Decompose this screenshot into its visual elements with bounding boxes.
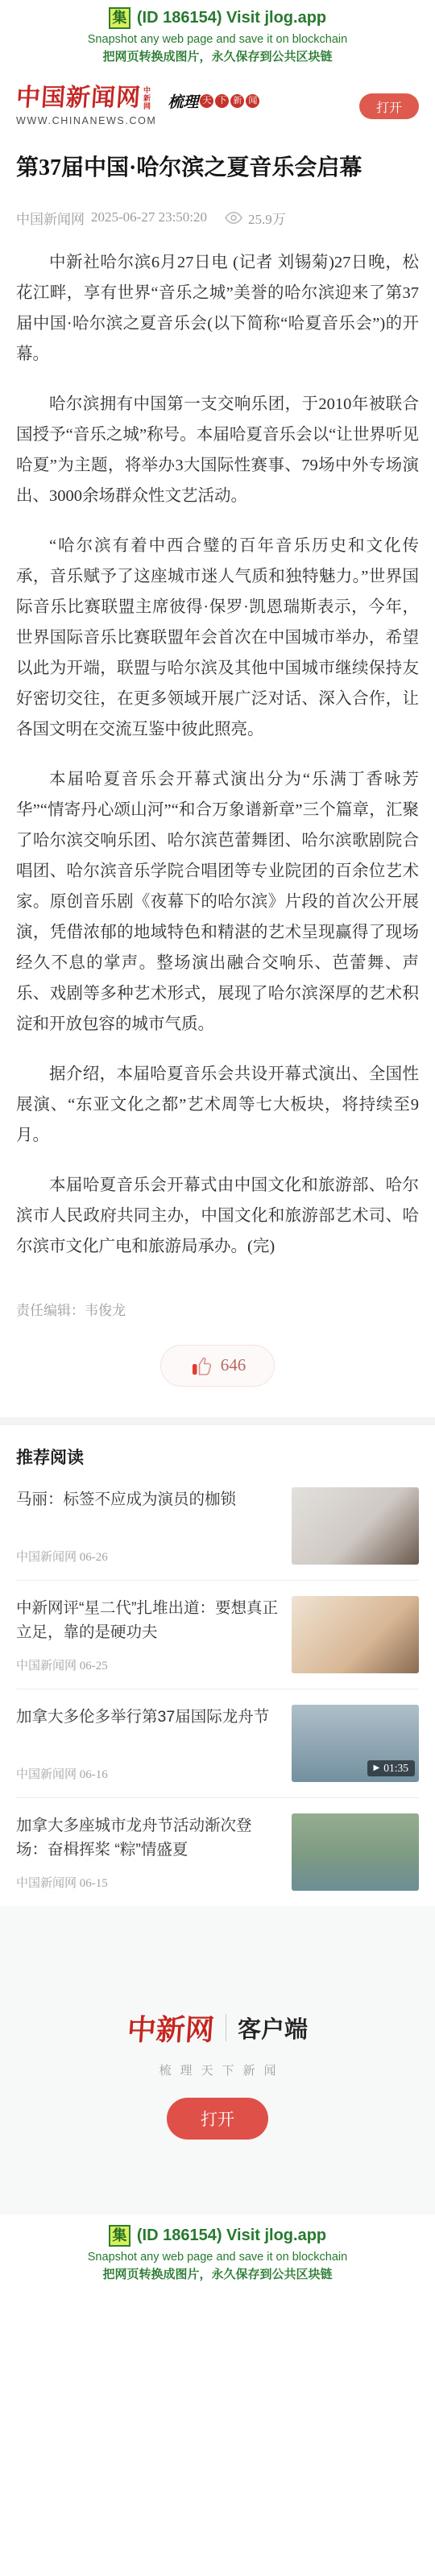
list-item-title: 马丽：标签不应成为演员的枷锁 (16, 1487, 279, 1511)
article-paragraph: 哈尔滨拥有中国第一支交响乐团，于2010年被联合国授予“音乐之城”称号。本届哈夏… (16, 389, 419, 511)
list-item-title: 加拿大多座城市龙舟节活动渐次登场：奋楫挥桨 “粽”情盛夏 (16, 1813, 279, 1862)
like-button[interactable]: 646 (160, 1345, 275, 1387)
recommend-section: 推荐阅读 马丽：标签不应成为演员的枷锁 中国新闻网 06-26 中新网评“星二代… (0, 1445, 435, 1906)
slogan-seal: 天 (200, 94, 213, 108)
article-paragraph: 本届哈夏音乐会开幕式演出分为“乐满丁香咏芳华”“情寄丹心颂山河”“和合万象谱新章… (16, 764, 419, 1040)
editor-line: 责任编辑：韦俊龙 (16, 1299, 419, 1319)
logo-side-text: 中新网 (143, 87, 152, 111)
recommend-heading: 推荐阅读 (16, 1445, 419, 1469)
article-byline: 中国新闻网 2025-06-27 23:50:20 25.9万 (16, 208, 419, 228)
article-paragraph: 本届哈夏音乐会开幕式由中国文化和旅游部、哈尔滨市人民政府共同主办，中国文化和旅游… (16, 1170, 419, 1262)
list-item-meta: 中国新闻网 06-25 (16, 1645, 279, 1673)
jlog-tagline-zh: 把网页转换成图片，永久保存到公共区块链 (0, 2265, 435, 2282)
jlog-tagline-en: Snapshot any web page and save it on blo… (0, 2251, 435, 2264)
slogan-seal: 下 (215, 94, 229, 108)
footer-app-promo: 中新网 客户端 梳理天下新闻 打开 (0, 1906, 435, 2214)
article: 第37届中国·哈尔滨之夏音乐会启幕 中国新闻网 2025-06-27 23:50… (0, 153, 435, 1387)
jlog-logo-icon: 集 (109, 7, 130, 29)
thumbnail-dragon-boat-video: ▶ 01:35 (292, 1705, 419, 1782)
video-duration: 01:35 (383, 1762, 408, 1775)
article-title: 第37届中国·哈尔滨之夏音乐会启幕 (16, 153, 419, 184)
slogan-seal: 新 (230, 94, 244, 108)
chinanews-logo[interactable]: 中国新闻网 中新网 WWW.CHINANEWS.COM (16, 86, 156, 126)
view-count: 25.9万 (248, 208, 286, 228)
footer-logo-suffix: 客户端 (238, 2012, 308, 2045)
video-duration-badge: ▶ 01:35 (367, 1760, 415, 1776)
list-item-title: 中新网评“星二代”扎堆出道：要想真正立足，靠的是硬功夫 (16, 1596, 279, 1644)
jlog-logo-icon: 集 (109, 2225, 130, 2247)
list-item[interactable]: 中新网评“星二代”扎堆出道：要想真正立足，靠的是硬功夫 中国新闻网 06-25 (16, 1581, 419, 1689)
thumbnail-dragon-boat-race (292, 1813, 419, 1891)
slogan-seal: 闻 (246, 94, 259, 108)
footer-open-app-button[interactable]: 打开 (167, 2098, 268, 2140)
thumbnail-actress-portrait (292, 1487, 419, 1565)
list-item-title: 加拿大多伦多举行第37届国际龙舟节 (16, 1705, 279, 1729)
like-count: 646 (221, 1355, 246, 1375)
header-slogan: 梳理 天 下 新 闻 (168, 90, 259, 112)
logo-url-text: WWW.CHINANEWS.COM (16, 115, 156, 126)
article-paragraph: “哈尔滨有着中西合璧的百年音乐历史和文化传承，音乐赋予了这座城市迷人气质和独特魅… (16, 531, 419, 745)
article-body: 中新社哈尔滨6月27日电 (记者 刘锡菊)27日晚，松花江畔，享有世界“音乐之城… (16, 247, 419, 1262)
logo-calligraphy: 中国新闻网 (15, 86, 142, 110)
section-divider-band (0, 1417, 435, 1425)
list-item[interactable]: 加拿大多座城市龙舟节活动渐次登场：奋楫挥桨 “粽”情盛夏 中国新闻网 06-15 (16, 1798, 419, 1906)
article-source: 中国新闻网 (16, 208, 85, 228)
jlog-tagline-en: Snapshot any web page and save it on blo… (0, 33, 435, 46)
footer-logo-divider (226, 2014, 226, 2041)
slogan-prefix: 梳理 (168, 90, 198, 112)
article-paragraph: 据介绍，本届哈夏音乐会共设开幕式演出、全国性展演、“东亚文化之都”艺术周等七大板… (16, 1059, 419, 1151)
footer-tagline: 梳理天下新闻 (0, 2061, 435, 2078)
site-header: 中国新闻网 中新网 WWW.CHINANEWS.COM 梳理 天 下 新 闻 打… (0, 69, 435, 143)
thumbnail-girl-headphones (292, 1596, 419, 1673)
list-item[interactable]: 马丽：标签不应成为演员的枷锁 中国新闻网 06-26 (16, 1472, 419, 1581)
jlog-tagline-zh: 把网页转换成图片，永久保存到公共区块链 (0, 48, 435, 64)
top-snapshot-banner: 集 (ID 186154) Visit jlog.app Snapshot an… (0, 0, 435, 69)
thumbs-up-icon (189, 1354, 213, 1377)
bottom-snapshot-banner: 集 (ID 186154) Visit jlog.app Snapshot an… (0, 2214, 435, 2287)
jlog-id-link[interactable]: (ID 186154) Visit jlog.app (137, 9, 326, 27)
play-icon: ▶ (374, 1764, 380, 1772)
eye-icon (225, 212, 242, 224)
open-app-button[interactable]: 打开 (359, 93, 419, 119)
article-datetime: 2025-06-27 23:50:20 (91, 209, 207, 225)
list-item-meta: 中国新闻网 06-16 (16, 1754, 279, 1782)
list-item-meta: 中国新闻网 06-26 (16, 1536, 279, 1565)
list-item[interactable]: 加拿大多伦多举行第37届国际龙舟节 中国新闻网 06-16 ▶ 01:35 (16, 1689, 419, 1798)
article-paragraph: 中新社哈尔滨6月27日电 (记者 刘锡菊)27日晚，松花江畔，享有世界“音乐之城… (16, 247, 419, 370)
list-item-meta: 中国新闻网 06-15 (16, 1863, 279, 1891)
jlog-id-link[interactable]: (ID 186154) Visit jlog.app (137, 2227, 326, 2245)
footer-logo-calligraphy: 中新网 (126, 2007, 216, 2049)
